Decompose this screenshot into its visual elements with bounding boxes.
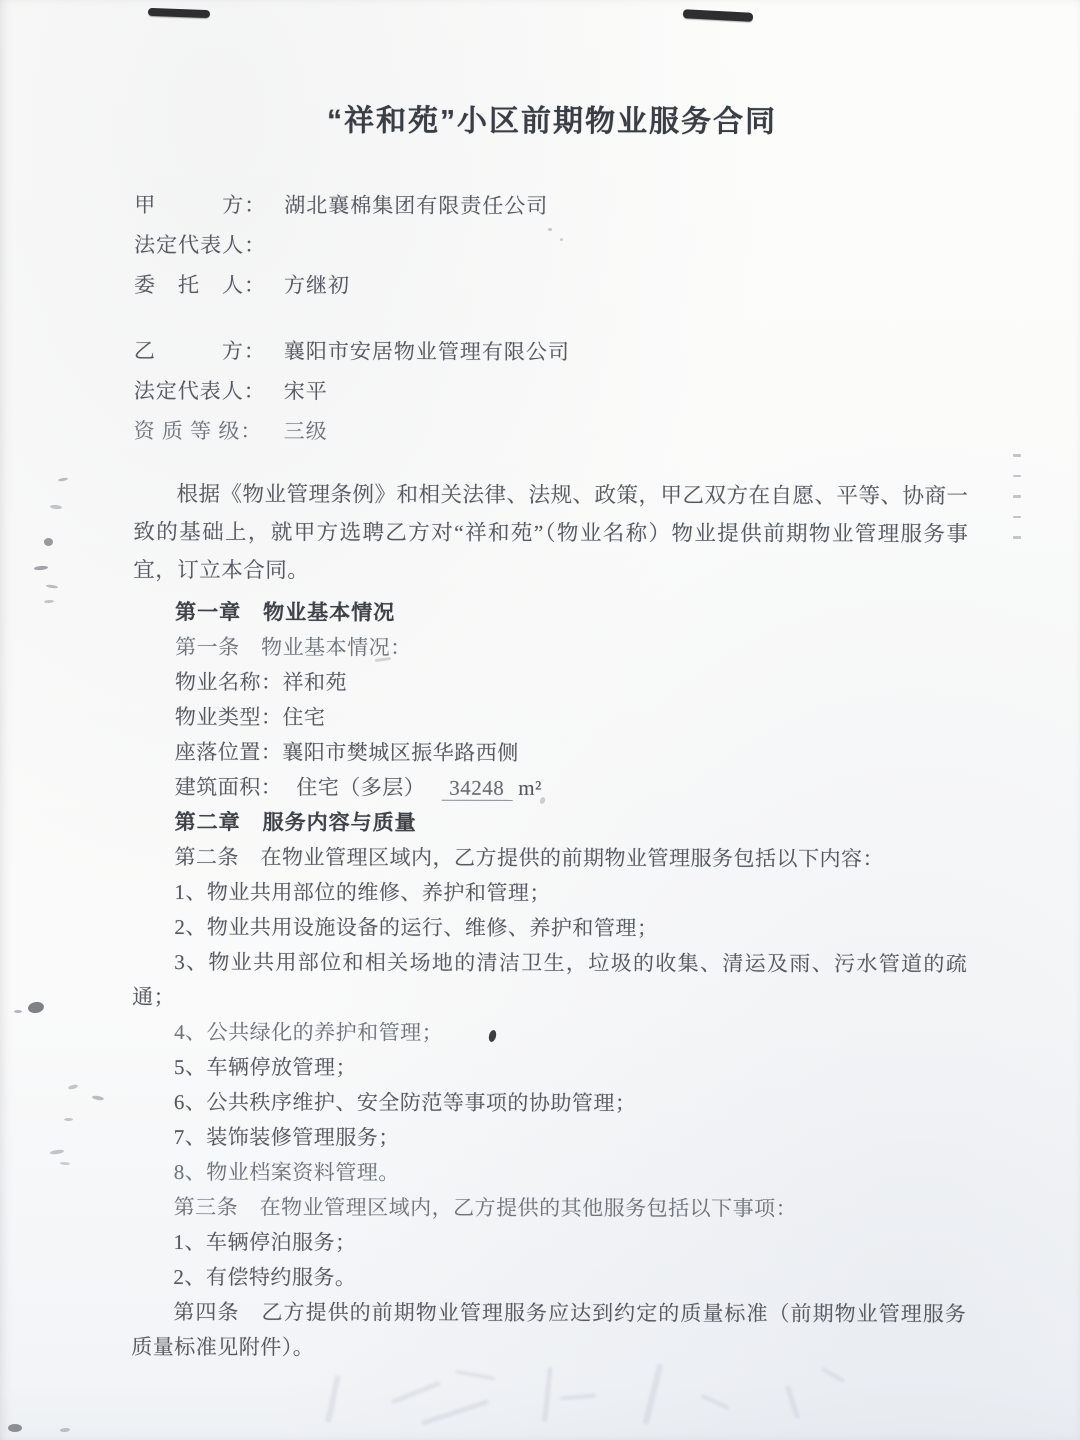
- property-name-line: 物业名称：祥和苑: [133, 665, 968, 702]
- party-b-legal-rep-label: 法定代表人：: [134, 371, 284, 411]
- building-area-type: 住宅（多层）: [296, 775, 425, 799]
- party-b-label: 乙 方：: [134, 331, 284, 371]
- building-area-line: 建筑面积：住宅（多层）34248m²: [133, 770, 968, 807]
- contract-title: “祥和苑”小区前期物业服务合同: [134, 95, 969, 141]
- party-a-legal-rep-row: 法定代表人：: [134, 225, 969, 267]
- party-a-name: 湖北襄棉集团有限责任公司: [284, 193, 548, 218]
- location-line: 座落位置：襄阳市樊城区振华路西侧: [133, 735, 968, 772]
- party-b-name: 襄阳市安居物业管理有限公司: [284, 339, 570, 364]
- building-area-value: 34248: [441, 776, 512, 801]
- party-a-agent-value: 方继初: [284, 273, 350, 297]
- party-a-agent-label: 委 托 人：: [134, 265, 284, 305]
- article-3-item: 1、车辆停泊服务；: [131, 1225, 966, 1262]
- contract-body: 第一章 物业基本情况 第一条 物业基本情况： 物业名称：祥和苑 物业类型：住宅 …: [131, 595, 968, 1367]
- party-a-legal-rep-label: 法定代表人：: [134, 225, 284, 265]
- article-2-item: 5、车辆停放管理；: [132, 1050, 967, 1087]
- party-b-qualification-row: 资 质 等 级：三级: [134, 411, 969, 453]
- building-area-unit: m²: [518, 776, 542, 800]
- article-4-paragraph: 第四条 乙方提供的前期物业管理服务应达到约定的质量标准（前期物业管理服务质量标准…: [131, 1295, 966, 1367]
- preamble-paragraph: 根据《物业管理条例》和相关法律、法规、政策，甲乙双方在自愿、平等、协商一致的基础…: [133, 475, 968, 591]
- contract-content: “祥和苑”小区前期物业服务合同 甲 方：湖北襄棉集团有限责任公司 法定代表人： …: [131, 0, 970, 1367]
- article-2-heading: 第二条 在物业管理区域内，乙方提供的前期物业管理服务包括以下内容：: [132, 840, 967, 877]
- party-b-qualification-label: 资 质 等 级：: [134, 411, 284, 451]
- party-b-block: 乙 方：襄阳市安居物业管理有限公司 法定代表人：宋平 资 质 等 级：三级: [134, 331, 969, 453]
- article-2-item: 1、物业共用部位的维修、养护和管理；: [132, 875, 967, 912]
- article-2-item: 6、公共秩序维护、安全防范等事项的协助管理；: [132, 1085, 967, 1122]
- article-2-item: 4、公共绿化的养护和管理；: [132, 1015, 967, 1052]
- article-1-heading: 第一条 物业基本情况：: [133, 630, 968, 667]
- chapter-1-heading: 第一章 物业基本情况: [133, 595, 968, 632]
- article-2-item: 7、装饰装修管理服务；: [132, 1120, 967, 1157]
- party-b-legal-rep-value: 宋平: [284, 379, 328, 403]
- party-b-legal-rep-row: 法定代表人：宋平: [134, 371, 969, 413]
- building-area-label: 建筑面积：: [175, 775, 283, 799]
- article-3-heading: 第三条 在物业管理区域内，乙方提供的其他服务包括以下事项：: [132, 1190, 967, 1227]
- article-2-item: 3、物业共用部位和相关场地的清洁卫生，垃圾的收集、清运及雨、污水管道的疏通；: [132, 945, 967, 1017]
- property-type-line: 物业类型：住宅: [133, 700, 968, 737]
- party-a-label: 甲 方：: [134, 185, 284, 225]
- article-2-item: 2、物业共用设施设备的运行、维修、养护和管理；: [132, 910, 967, 947]
- party-a-block: 甲 方：湖北襄棉集团有限责任公司 法定代表人： 委 托 人：方继初: [134, 185, 969, 307]
- bleed-through-marks: [0, 1355, 1080, 1440]
- party-b-name-row: 乙 方：襄阳市安居物业管理有限公司: [134, 331, 969, 373]
- scan-dashes-right: [1013, 436, 1021, 557]
- party-a-agent-row: 委 托 人：方继初: [134, 265, 969, 307]
- article-3-item: 2、有偿特约服务。: [131, 1260, 966, 1297]
- scanned-contract-page: “祥和苑”小区前期物业服务合同 甲 方：湖北襄棉集团有限责任公司 法定代表人： …: [0, 0, 1080, 1440]
- chapter-2-heading: 第二章 服务内容与质量: [133, 805, 968, 842]
- article-2-item: 8、物业档案资料管理。: [132, 1155, 967, 1192]
- party-a-name-row: 甲 方：湖北襄棉集团有限责任公司: [134, 185, 969, 227]
- party-b-qualification-value: 三级: [284, 419, 328, 443]
